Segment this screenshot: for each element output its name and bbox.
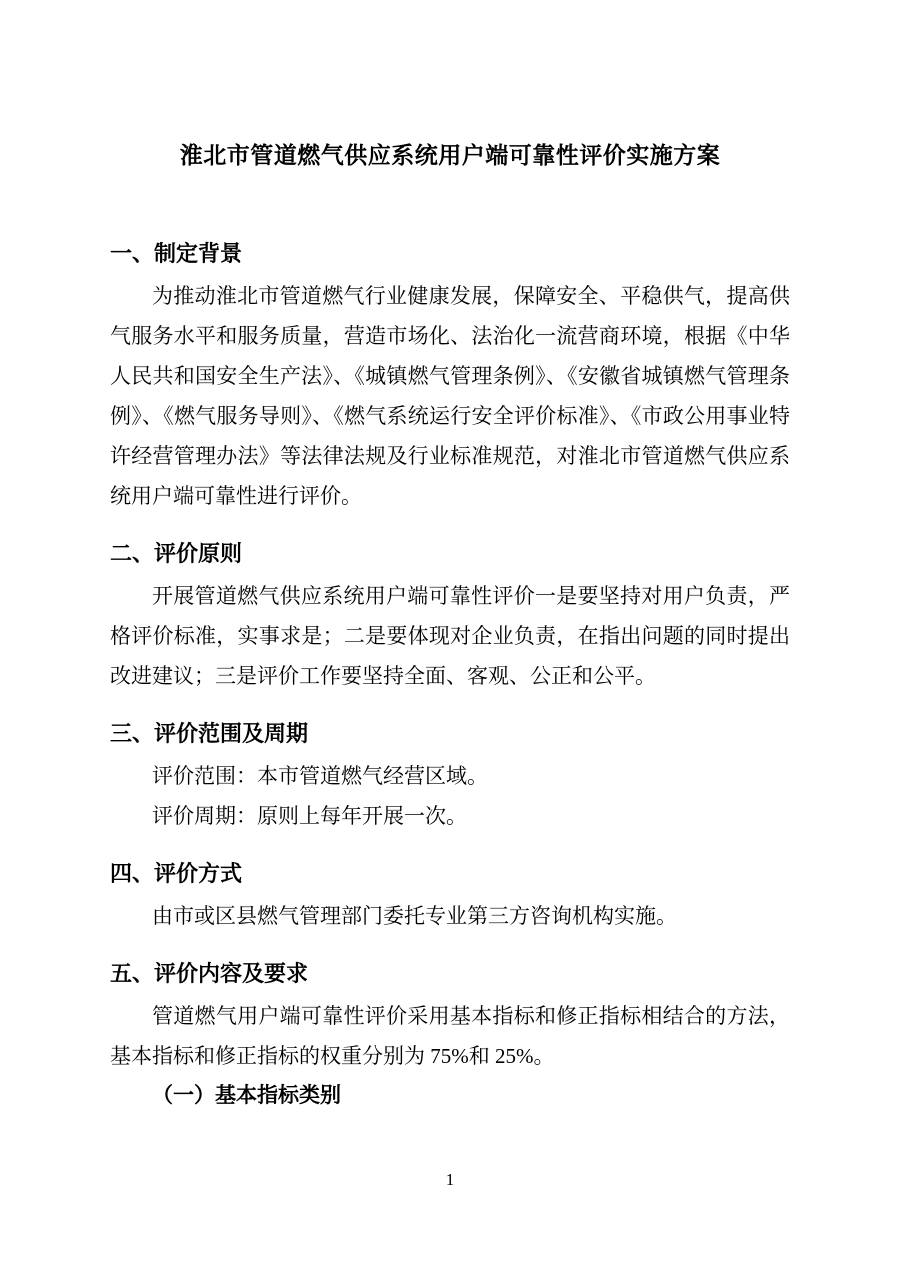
- section-principles: 二、评价原则 开展管道燃气供应系统用户端可靠性评价一是要坚持对用户负责，严 格评…: [110, 540, 790, 696]
- section-4-heading: 四、评价方式: [110, 860, 790, 888]
- body-line: 评价周期：原则上每年开展一次。: [110, 796, 790, 836]
- body-line: 评价范围：本市管道燃气经营区域。: [110, 756, 790, 796]
- section-method: 四、评价方式 由市或区县燃气管理部门委托专业第三方咨询机构实施。: [110, 860, 790, 936]
- section-scope-period: 三、评价范围及周期 评价范围：本市管道燃气经营区域。 评价周期：原则上每年开展一…: [110, 720, 790, 836]
- body-line: 为推动淮北市管道燃气行业健康发展，保障安全、平稳供气，提高供: [110, 276, 790, 316]
- body-line: 管道燃气用户端可靠性评价采用基本指标和修正指标相结合的方法，: [110, 996, 790, 1036]
- body-line: 统用户端可靠性进行评价。: [110, 476, 790, 516]
- section-2-heading: 二、评价原则: [110, 540, 790, 568]
- page-number: 1: [0, 1168, 900, 1192]
- body-line: 例》、《燃气服务导则》、《燃气系统运行安全评价标准》、《市政公用事业特: [110, 396, 790, 436]
- document-title: 淮北市管道燃气供应系统用户端可靠性评价实施方案: [110, 140, 790, 170]
- document-page: 淮北市管道燃气供应系统用户端可靠性评价实施方案 一、制定背景 为推动淮北市管道燃…: [0, 0, 900, 1272]
- body-line: 气服务水平和服务质量，营造市场化、法治化一流营商环境，根据《中华: [110, 316, 790, 356]
- section-content-requirements: 五、评价内容及要求 管道燃气用户端可靠性评价采用基本指标和修正指标相结合的方法，…: [110, 960, 790, 1116]
- section-background: 一、制定背景 为推动淮北市管道燃气行业健康发展，保障安全、平稳供气，提高供 气服…: [110, 240, 790, 516]
- section-1-heading: 一、制定背景: [110, 240, 790, 268]
- body-line: 开展管道燃气供应系统用户端可靠性评价一是要坚持对用户负责，严: [110, 576, 790, 616]
- body-line: 改进建议；三是评价工作要坚持全面、客观、公正和公平。: [110, 656, 790, 696]
- body-line: 由市或区县燃气管理部门委托专业第三方咨询机构实施。: [110, 896, 790, 936]
- body-line: 基本指标和修正指标的权重分别为 75%和 25%。: [110, 1036, 790, 1076]
- body-line: 许经营管理办法》等法律法规及行业标准规范，对淮北市管道燃气供应系: [110, 436, 790, 476]
- section-3-heading: 三、评价范围及周期: [110, 720, 790, 748]
- body-line: 人民共和国安全生产法》、《城镇燃气管理条例》、《安徽省城镇燃气管理条: [110, 356, 790, 396]
- subsection-heading: （一）基本指标类别: [110, 1076, 790, 1116]
- section-5-heading: 五、评价内容及要求: [110, 960, 790, 988]
- body-line: 格评价标准，实事求是；二是要体现对企业负责，在指出问题的同时提出: [110, 616, 790, 656]
